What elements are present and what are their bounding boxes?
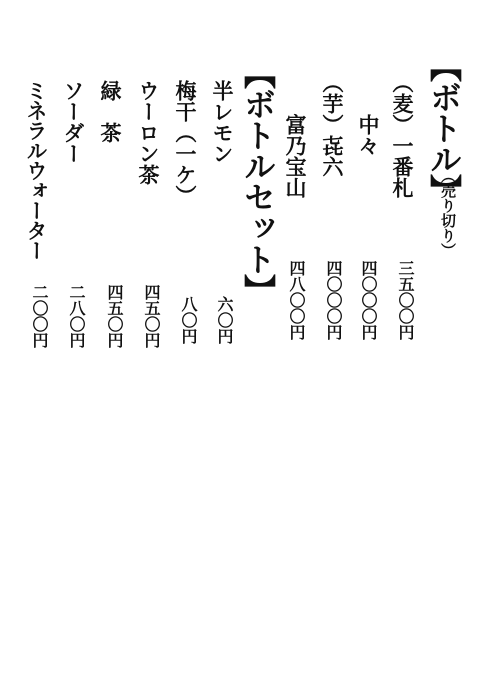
menu-item-price: 二〇〇円: [31, 284, 47, 348]
menu-item-price: 六〇円: [216, 296, 232, 344]
menu-item-name: （麦）一番札: [392, 72, 413, 198]
menu-item-name: ミネラルウォーター: [26, 80, 47, 260]
menu-item-price: 四〇〇〇円: [360, 260, 376, 340]
menu-item-price: 八〇円: [180, 296, 196, 344]
section-heading-bottle-set: 【ボトルセット】: [242, 57, 274, 305]
menu-item-name: 中々: [358, 72, 379, 156]
menu-item-price: 四八〇〇円: [288, 260, 304, 340]
sold-out-note: （売り切り）: [440, 168, 455, 258]
menu-item-price: 二八〇円: [68, 284, 84, 348]
menu-item-price: 四五〇円: [106, 284, 122, 348]
menu-item-name: 緑 茶: [100, 80, 121, 143]
menu-item-price: 三五〇〇円: [397, 260, 413, 340]
menu-item-name: 梅干（一ケ）: [175, 80, 196, 206]
menu-item-name: ソーダー: [63, 80, 84, 164]
menu-item-name: 半レモン: [212, 80, 233, 164]
menu-item-name: 富乃宝山: [285, 72, 306, 198]
menu-item-price: 四五〇円: [143, 284, 159, 348]
menu-item-name: （芋）㐂六: [322, 72, 343, 177]
menu-item-name: ウーロン茶: [138, 80, 159, 185]
menu-item-price: 四〇〇〇円: [325, 260, 341, 340]
